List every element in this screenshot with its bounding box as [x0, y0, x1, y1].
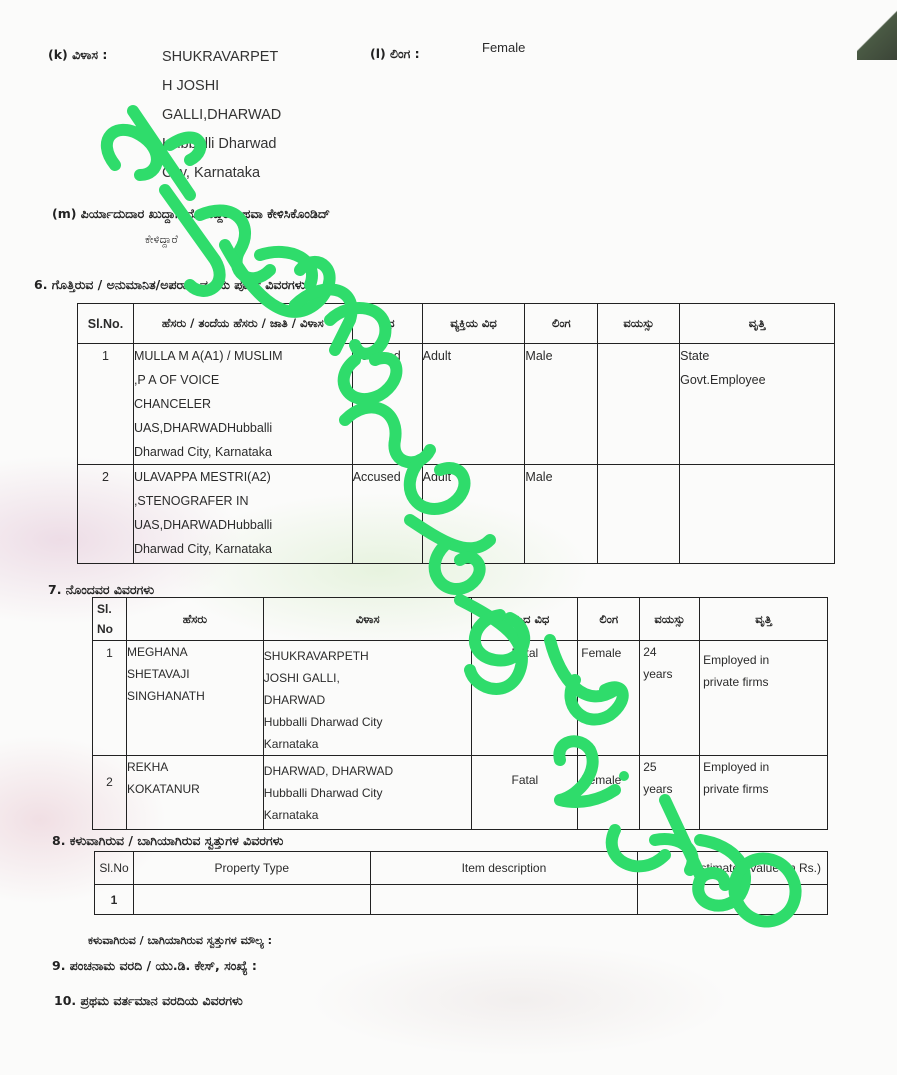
address-label: (k) ವಿಳಾಸ :	[48, 49, 107, 62]
header-gender: ಲಿಂಗ	[525, 304, 598, 344]
name-line: UAS,DHARWADHubballi	[134, 513, 352, 537]
cell-sl: 1	[93, 641, 127, 756]
header-age: ವಯಸ್ಸು	[598, 304, 680, 344]
address-line: Hubballi Dharwad City	[264, 782, 472, 804]
cell-property-type	[133, 885, 370, 915]
address-line: H JOSHI	[162, 78, 281, 107]
header-person-type: ವ್ಯಕ್ತಿಯ ವಿಧ	[422, 304, 525, 344]
accused-table: Sl.No. ಹೆಸರು / ತಂದೆಯ ಹೆಸರು / ಜಾತಿ / ವಿಳಾ…	[77, 303, 835, 564]
witness-label-cont: ಕೇಳಿದ್ದಾರೆ	[145, 234, 178, 245]
header-item-description: Item description	[370, 852, 638, 885]
header-property-type: Property Type	[133, 852, 370, 885]
gender-label: (l) ಲಿಂಗ :	[370, 48, 420, 61]
section-6-title: 6. ಗೊತ್ತಿರುವ / ಅನುಮಾನಿತ/ಅಪರಾಧಿ ವ್ಯಕ್ತಿಯ …	[34, 279, 305, 292]
name-line: SINGHANATH	[127, 685, 263, 707]
header-sl: Sl.No.	[78, 304, 134, 344]
cell-injury: Fatal	[472, 756, 578, 830]
address-line: GALLI,DHARWAD	[162, 107, 281, 136]
table-header-row: Sl.No Property Type Item description Est…	[95, 852, 828, 885]
table-row: 1 MEGHANA SHETAVAJI SINGHANATH SHUKRAVAR…	[93, 641, 828, 756]
gender-value: Female	[482, 41, 525, 54]
cell-age	[598, 344, 680, 465]
cell-person-type: Adult	[422, 344, 525, 465]
cell-address: SHUKRAVARPETH JOSHI GALLI, DHARWAD Hubba…	[263, 641, 472, 756]
header-gender: ಲಿಂಗ	[578, 598, 640, 641]
witness-label: (m) ಪಿರ್ಯಾದುದಾರ ಖುದ್ದಾಗಿ ನೋಡಿದ್ದರೆ ಅಥವಾ …	[52, 208, 330, 221]
header-injury: ಗಾಯದ ವಿಧ	[472, 598, 578, 641]
cell-age	[598, 465, 680, 564]
age-line: 25	[643, 756, 699, 778]
cell-age: 25 years	[640, 756, 700, 830]
name-line: KOKATANUR	[127, 778, 263, 800]
name-line: MEGHANA	[127, 641, 263, 663]
header-sl: Sl.No	[95, 852, 134, 885]
name-line: ,P A OF VOICE	[134, 368, 352, 392]
cell-item-description	[370, 885, 638, 915]
table-row: 2 ULAVAPPA MESTRI(A2) ,STENOGRAFER IN UA…	[78, 465, 835, 564]
cell-name: ULAVAPPA MESTRI(A2) ,STENOGRAFER IN UAS,…	[133, 465, 352, 564]
address-line: SHUKRAVARPET	[162, 49, 281, 78]
name-line: ,STENOGRAFER IN	[134, 489, 352, 513]
address-line: Karnataka	[264, 804, 472, 826]
header-sl: Sl. No	[93, 598, 127, 641]
cell-injury: Fatal	[472, 641, 578, 756]
occupation-line: Govt.Employee	[680, 368, 834, 392]
table-header-row: Sl.No. ಹೆಸರು / ತಂದೆಯ ಹೆಸರು / ಜಾತಿ / ವಿಳಾ…	[78, 304, 835, 344]
cell-occupation: Employed in private firms	[700, 756, 828, 830]
cell-gender: Female	[578, 756, 640, 830]
cell-gender: Male	[525, 465, 598, 564]
cell-gender: Female	[578, 641, 640, 756]
occupation-line: State	[680, 344, 834, 368]
cell-type: Accused	[352, 465, 422, 564]
section-9-title: 9. ಪಂಚನಾಮ ವರದಿ / ಯು.ಡಿ. ಕೇಸ್, ಸಂಖ್ಯೆ :	[52, 960, 257, 973]
cell-estimated-value	[638, 885, 828, 915]
address-block: SHUKRAVARPET H JOSHI GALLI,DHARWAD Hubba…	[162, 49, 281, 194]
age-line: years	[643, 663, 699, 685]
property-table: Sl.No Property Type Item description Est…	[94, 851, 828, 915]
cell-sl: 1	[95, 885, 134, 915]
name-line: UAS,DHARWADHubballi	[134, 416, 352, 440]
name-line: CHANCELER	[134, 392, 352, 416]
cell-name: MEGHANA SHETAVAJI SINGHANATH	[126, 641, 263, 756]
header-occupation: ವೃತ್ತಿ	[700, 598, 828, 641]
cell-occupation: State Govt.Employee	[680, 344, 835, 465]
name-line: Dharwad City, Karnataka	[134, 440, 352, 464]
cell-address: DHARWAD, DHARWAD Hubballi Dharwad City K…	[263, 756, 472, 830]
table-header-row: Sl. No ಹೆಸರು ವಿಳಾಸ ಗಾಯದ ವಿಧ ಲಿಂಗ ವಯಸ್ಸು …	[93, 598, 828, 641]
address-line: JOSHI GALLI,	[264, 667, 472, 689]
section-10-title: 10. ಪ್ರಥಮ ವರ್ತಮಾನ ವರದಿಯ ವಿವರಗಳು	[54, 995, 243, 1008]
section-7-title: 7. ನೊಂದವರ ವಿವರಗಳು	[48, 584, 154, 597]
cell-sl: 2	[78, 465, 134, 564]
victims-table: Sl. No ಹೆಸರು ವಿಳಾಸ ಗಾಯದ ವಿಧ ಲಿಂಗ ವಯಸ್ಸು …	[92, 597, 828, 830]
table-row: 1 MULLA M A(A1) / MUSLIM ,P A OF VOICE C…	[78, 344, 835, 465]
cell-occupation	[680, 465, 835, 564]
occupation-line: private firms	[703, 671, 827, 693]
address-line: DHARWAD	[264, 689, 472, 711]
header-estimated-value: Estimated Value (in Rs.)	[638, 852, 828, 885]
cell-person-type: Adult	[422, 465, 525, 564]
cell-sl: 1	[78, 344, 134, 465]
address-line: Hubballi Dharwad City	[264, 711, 472, 733]
cell-age: 24 years	[640, 641, 700, 756]
name-line: Dharwad City, Karnataka	[134, 537, 352, 561]
age-line: 24	[643, 641, 699, 663]
occupation-line: private firms	[703, 778, 827, 800]
section-8-title: 8. ಕಳುವಾಗಿರುವ / ಬಾಗಿಯಾಗಿರುವ ಸ್ವತ್ತುಗಳ ವಿ…	[52, 835, 283, 848]
header-occupation: ವೃತ್ತಿ	[680, 304, 835, 344]
occupation-line: Employed in	[703, 756, 827, 778]
header-address: ವಿಳಾಸ	[263, 598, 472, 641]
cell-type: Accused	[352, 344, 422, 465]
name-line: MULLA M A(A1) / MUSLIM	[134, 344, 352, 368]
name-line: ULAVAPPA MESTRI(A2)	[134, 465, 352, 489]
header-age: ವಯಸ್ಸು	[640, 598, 700, 641]
table-row: 1	[95, 885, 828, 915]
cell-name: REKHA KOKATANUR	[126, 756, 263, 830]
table-row: 2 REKHA KOKATANUR DHARWAD, DHARWAD Hubba…	[93, 756, 828, 830]
cell-gender: Male	[525, 344, 598, 465]
address-line: Karnataka	[264, 733, 472, 755]
header-name: ಹೆಸರು	[126, 598, 263, 641]
name-line: SHETAVAJI	[127, 663, 263, 685]
address-line: Hubballi Dharwad	[162, 136, 281, 165]
occupation-line: Employed in	[703, 649, 827, 671]
header-type: ವಿಧ	[352, 304, 422, 344]
cell-name: MULLA M A(A1) / MUSLIM ,P A OF VOICE CHA…	[133, 344, 352, 465]
background-surface-corner	[857, 0, 897, 60]
cell-occupation: Employed in private firms	[700, 641, 828, 756]
address-line: DHARWAD, DHARWAD	[264, 760, 472, 782]
header-name: ಹೆಸರು / ತಂದೆಯ ಹೆಸರು / ಜಾತಿ / ವಿಳಾಸ	[133, 304, 352, 344]
name-line: REKHA	[127, 756, 263, 778]
age-line: years	[643, 778, 699, 800]
cell-sl: 2	[93, 756, 127, 830]
stolen-property-value-label: ಕಳುವಾಗಿರುವ / ಬಾಗಿಯಾಗಿರುವ ಸ್ವತ್ತುಗಳ ಮೌಲ್ಯ…	[88, 935, 272, 946]
address-line: SHUKRAVARPETH	[264, 645, 472, 667]
address-line: City, Karnataka	[162, 165, 281, 194]
